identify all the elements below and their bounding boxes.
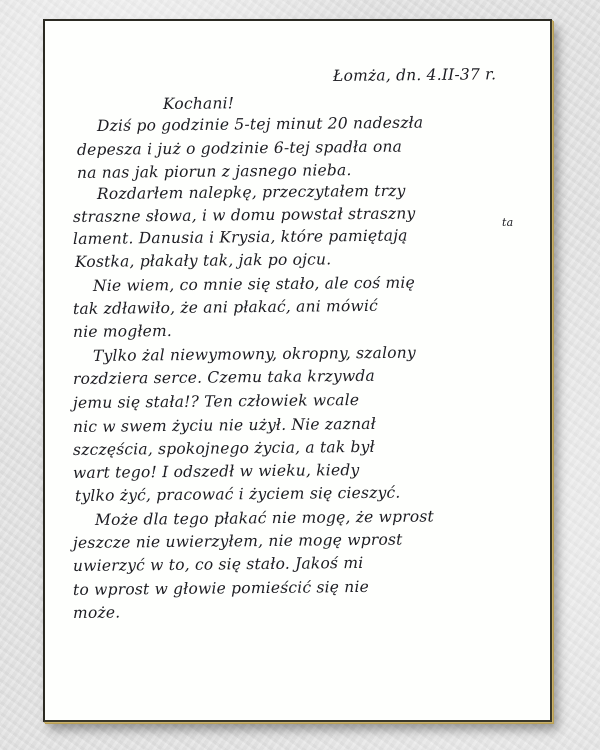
date-line: Łomża, dn. 4.II-37 r. (333, 65, 496, 85)
letter-line: to wprost w głowie pomieścić się nie (73, 578, 369, 599)
letter-line: Może dla tego płakać nie mogę, że wprost (95, 507, 434, 529)
letter-line: Nie wiem, co mnie się stało, ale coś mię (93, 274, 415, 295)
letter-line: Kostka, płakały tak, jak po ojcu. (75, 250, 331, 271)
letter-line: Dziś po godzinie 5-tej minut 20 nadeszła (97, 114, 423, 135)
letter-line: wart tego! I odszedł w wieku, kiedy (73, 461, 360, 482)
letter-line: jeszcze nie uwierzyłem, nie mogę wprost (73, 531, 403, 552)
handwritten-letter: Łomża, dn. 4.II-37 r. Kochani! Dziś po g… (45, 21, 550, 720)
letter-line: szczęścia, spokojnego życia, a tak był (73, 438, 375, 459)
letter-line: tylko żyć, pracować i życiem się cieszyć… (75, 484, 401, 505)
letter-line: może. (73, 604, 120, 622)
letter-line: Tylko żal niewymowny, okropny, szalony (93, 344, 416, 365)
letter-line: na nas jak piorun z jasnego nieba. (77, 161, 352, 182)
salutation: Kochani! (163, 94, 234, 113)
interlinear-annotation: ta (502, 216, 513, 229)
letter-line: lament. Danusia i Krysia, które pamiętaj… (73, 226, 408, 248)
letter-page: Łomża, dn. 4.II-37 r. Kochani! Dziś po g… (43, 19, 552, 722)
letter-line: uwierzyć w to, co się stało. Jakoś mi (73, 554, 364, 575)
letter-line: jemu się stała!? Ten człowiek wcale (73, 391, 359, 412)
letter-line: rozdziera serce. Czemu taka krzywda (73, 367, 375, 388)
letter-line: nie mogłem. (73, 322, 172, 341)
letter-line: tak zdławiło, że ani płakać, ani mówić (73, 297, 378, 318)
letter-line: nic w swem życiu nie użył. Nie zaznał (73, 415, 376, 436)
letter-line: straszne słowa, i w domu powstał straszn… (73, 204, 416, 226)
letter-line: depesza i już o godzinie 6-tej spadła on… (77, 138, 402, 159)
letter-line: Rozdarłem nalepkę, przeczytałem trzy (97, 182, 406, 203)
